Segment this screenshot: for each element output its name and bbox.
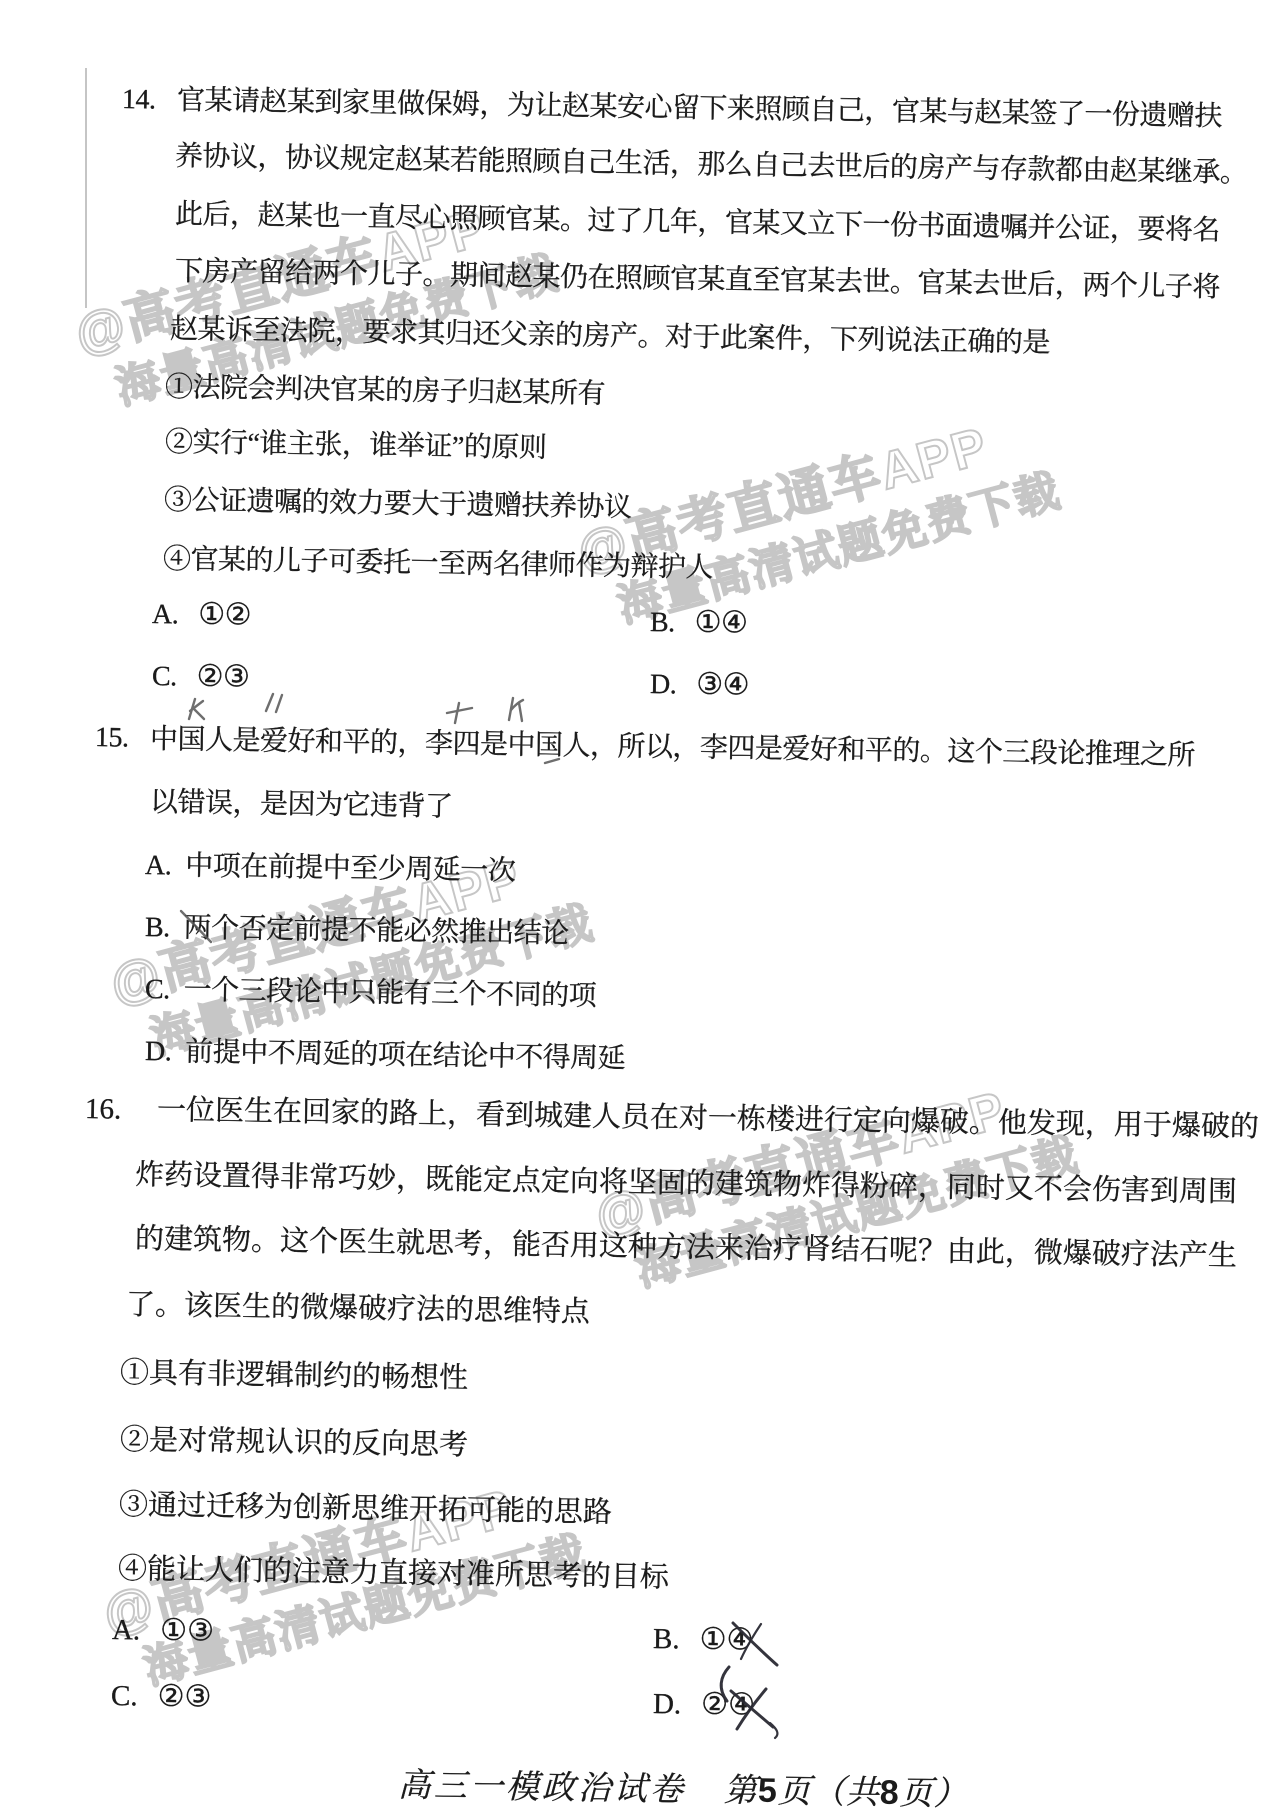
watermark-line1: @高考直通车APP <box>588 1062 1070 1250</box>
footer-page-indicator: 第5页（共8页） <box>724 1773 968 1808</box>
option-c: C.②③ <box>152 659 250 695</box>
statement-item: ②实行“谁主张，谁举证”的原则 <box>165 426 547 466</box>
question-text-line: 以错误，是因为它违背了 <box>150 786 453 825</box>
statement-item: ③通过迁移为创新思维开拓可能的思路 <box>119 1488 612 1530</box>
watermark-line2: 海量高清试题免费下载 <box>631 1129 1084 1295</box>
statement-item: ④官某的儿子可委托一至两名律师作为辩护人 <box>163 543 713 586</box>
option-a: A.中项在前提中至少周延一次 <box>145 849 516 889</box>
question-number: 16. <box>85 1092 122 1127</box>
watermark-block: @高考直通车APP 海量高清试题免费下载 <box>570 398 1066 638</box>
question-text-line: 赵某诉至法院，要求其归还父亲的房产。对于此案件，下列说法正确的是 <box>170 313 1050 361</box>
page-footer: 高三一模政治试卷第5页（共8页） <box>398 1759 968 1808</box>
statement-item: ③公证遗嘱的效力要大于遗赠扶养协议 <box>164 484 632 525</box>
statement-item: ②是对常规认识的反向思考 <box>120 1423 469 1462</box>
option-c: C.一个三段论中只能有三个不同的项 <box>145 973 597 1014</box>
question-text-line: 炸药设置得非常巧妙，既能定点定向将坚固的建筑物炸得粉碎，同时又不会伤害到周围 <box>135 1158 1237 1209</box>
option-a: A.①③ <box>112 1613 215 1649</box>
option-a: A.①② <box>152 597 252 633</box>
option-d: D.②④ <box>653 1687 756 1723</box>
option-d: D.前提中不周延的项在结论中不得周延 <box>145 1035 626 1077</box>
statement-item: ①法院会判决官某的房子归赵某所有 <box>165 371 605 412</box>
question-text-line: 官某请赵某到家里做保姆，为让赵某安心留下来照顾自己，官某与赵某签了一份遗赠扶 <box>177 84 1222 134</box>
question-text-line: 中国人是爱好和平的，李四是中国人，所以，李四是爱好和平的。这个三段论推理之所 <box>150 723 1195 773</box>
option-b: B.①④ <box>650 605 748 641</box>
option-c: C.②③ <box>111 1679 212 1715</box>
question-number: 15. <box>95 721 129 756</box>
question-text-line: 的建筑物。这个医生就思考，能否用这种方法来治疗肾结石呢？由此，微爆破疗法产生 <box>135 1222 1237 1273</box>
question-text-line: 下房产留给两个儿子。期间赵某仍在照顾官某直至官某去世。官某去世后，两个儿子将 <box>175 255 1220 305</box>
scan-fold-line <box>85 68 87 308</box>
option-b: B.①④ <box>653 1622 754 1658</box>
question-text-line: 此后，赵某也一直尽心照顾官某。过了几年，官某又立下一份书面遗嘱并公证，要将名 <box>175 198 1220 248</box>
statement-item: ①具有非逻辑制约的畅想性 <box>120 1356 469 1395</box>
footer-exam-title: 高三一模政治试卷 <box>398 1768 687 1808</box>
statement-item: ④能让人们的注意力直接对准所思考的目标 <box>118 1552 669 1595</box>
question-text-line: 养协议，协议规定赵某若能照顾自己生活，那么自己去世后的房产与存款都由赵某继承。 <box>175 140 1248 191</box>
exam-paper-page: @高考直通车APP 海量高清试题免费下载 @高考直通车APP 海量高清试题免费下… <box>0 0 1280 1808</box>
question-number: 14. <box>122 83 156 118</box>
option-d: D.③④ <box>650 667 750 703</box>
option-b: B.两个否定前提不能必然推出结论 <box>145 911 569 952</box>
question-text-line: 一位医生在回家的路上，看到城建人员在对一栋楼进行定向爆破。他发现，用于爆破的 <box>157 1093 1259 1144</box>
question-text-line: 了。该医生的微爆破疗法的思维特点 <box>126 1288 590 1329</box>
